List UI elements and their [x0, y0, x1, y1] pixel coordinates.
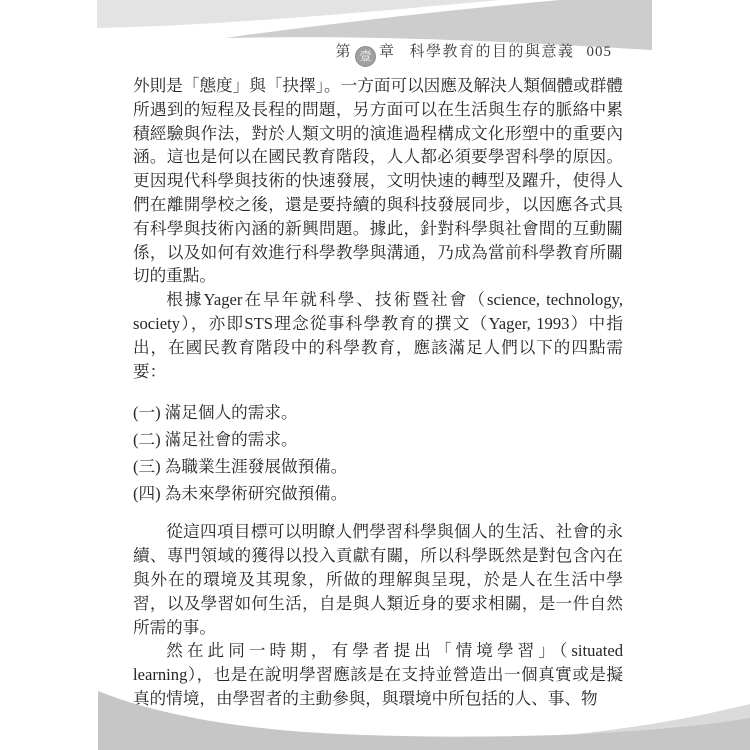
chapter-number-badge: 壹 — [355, 46, 376, 67]
paragraph-continuation: 外則是「態度」與「抉擇」。一方面可以因應及解決人類個體或群體所遇到的短程及長程的… — [133, 74, 623, 288]
body-text: 外則是「態度」與「抉擇」。一方面可以因應及解決人類個體或群體所遇到的短程及長程的… — [133, 74, 623, 711]
chapter-suffix: 章 — [379, 44, 396, 60]
list-item: (二) 滿足社會的需求。 — [133, 426, 623, 453]
book-page: 第壹章科學教育的目的與意義005 外則是「態度」與「抉擇」。一方面可以因應及解決… — [0, 0, 750, 750]
paragraph-four-goals: 從這四項目標可以明瞭人們學習科學與個人的生活、社會的永續、專門領域的獲得以投入貢… — [133, 520, 623, 639]
list-item: (一) 滿足個人的需求。 — [133, 399, 623, 426]
goal-list: (一) 滿足個人的需求。 (二) 滿足社會的需求。 (三) 為職業生涯發展做預備… — [133, 399, 623, 507]
chapter-title: 科學教育的目的與意義 — [409, 44, 574, 60]
running-header: 第壹章科學教育的目的與意義005 — [0, 41, 612, 67]
bottom-swoosh-decoration — [0, 688, 750, 750]
list-item: (四) 為未來學術研究做預備。 — [133, 480, 623, 507]
paragraph-yager-sts: 根據Yager在早年就科學、技術暨社會（science, technology,… — [133, 288, 623, 383]
page-number: 005 — [587, 44, 613, 60]
bottom-swoosh-dark-band — [98, 691, 750, 750]
chapter-prefix: 第 — [335, 44, 352, 60]
list-item: (三) 為職業生涯發展做預備。 — [133, 453, 623, 480]
